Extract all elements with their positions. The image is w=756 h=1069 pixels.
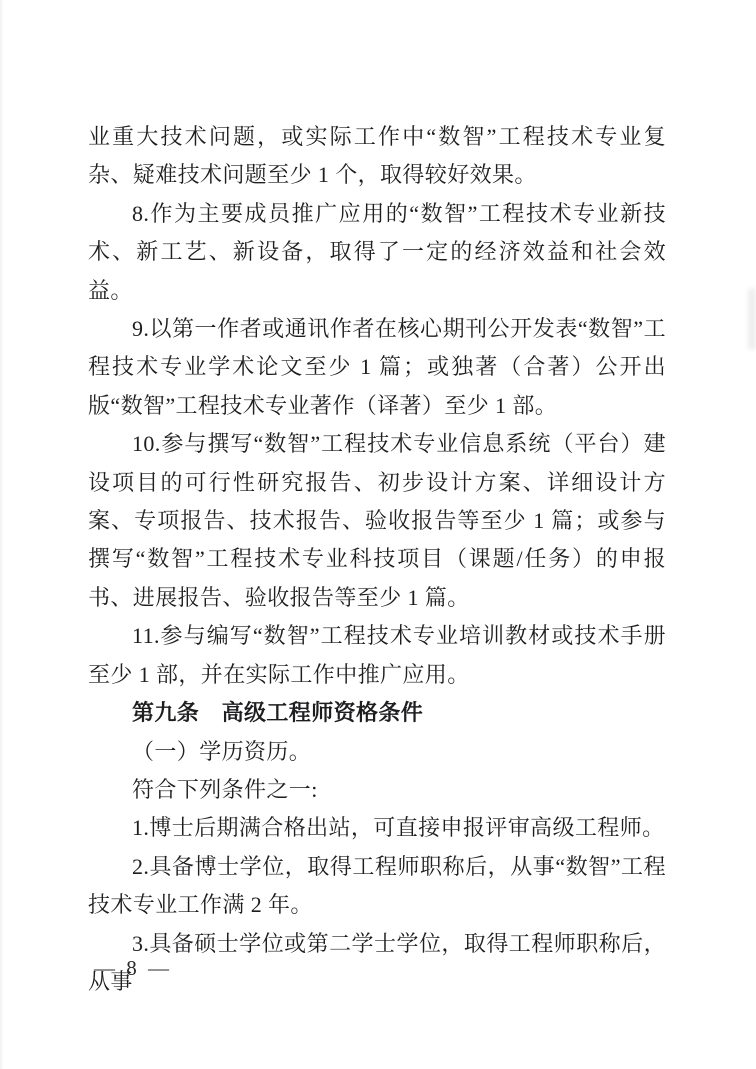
section-heading-article-9: 第九条 高级工程师资格条件 [88, 694, 666, 732]
document-page: 业重大技术问题，或实际工作中“数智”工程技术专业复杂、疑难技术问题至少 1 个，… [0, 0, 756, 1069]
scan-smudge-artifact [748, 288, 756, 350]
document-body: 业重大技术问题，或实际工作中“数智”工程技术专业复杂、疑难技术问题至少 1 个，… [88, 118, 666, 1001]
paragraph-conditions-intro: 符合下列条件之一: [88, 771, 666, 809]
paragraph-subsection-1: （一）学历资历。 [88, 733, 666, 771]
paragraph-condition-1: 1.博士后期满合格出站，可直接申报评审高级工程师。 [88, 809, 666, 847]
paragraph-item-11: 11.参与编写“数智”工程技术专业培训教材或技术手册至少 1 部，并在实际工作中… [88, 617, 666, 694]
paragraph-continuation: 业重大技术问题，或实际工作中“数智”工程技术专业复杂、疑难技术问题至少 1 个，… [88, 118, 666, 195]
scan-edge-artifact [0, 0, 4, 1069]
paragraph-item-10: 10.参与撰写“数智”工程技术专业信息系统（平台）建设项目的可行性研究报告、初步… [88, 425, 666, 617]
page-number: — 8 — [94, 956, 172, 981]
paragraph-item-8: 8.作为主要成员推广应用的“数智”工程技术专业新技术、新工艺、新设备，取得了一定… [88, 195, 666, 310]
paragraph-condition-3: 3.具备硕士学位或第二学士学位，取得工程师职称后，从事 [88, 925, 666, 1002]
paragraph-condition-2: 2.具备博士学位，取得工程师职称后，从事“数智”工程技术专业工作满 2 年。 [88, 848, 666, 925]
paragraph-item-9: 9.以第一作者或通讯作者在核心期刊公开发表“数智”工程技术专业学术论文至少 1 … [88, 310, 666, 425]
